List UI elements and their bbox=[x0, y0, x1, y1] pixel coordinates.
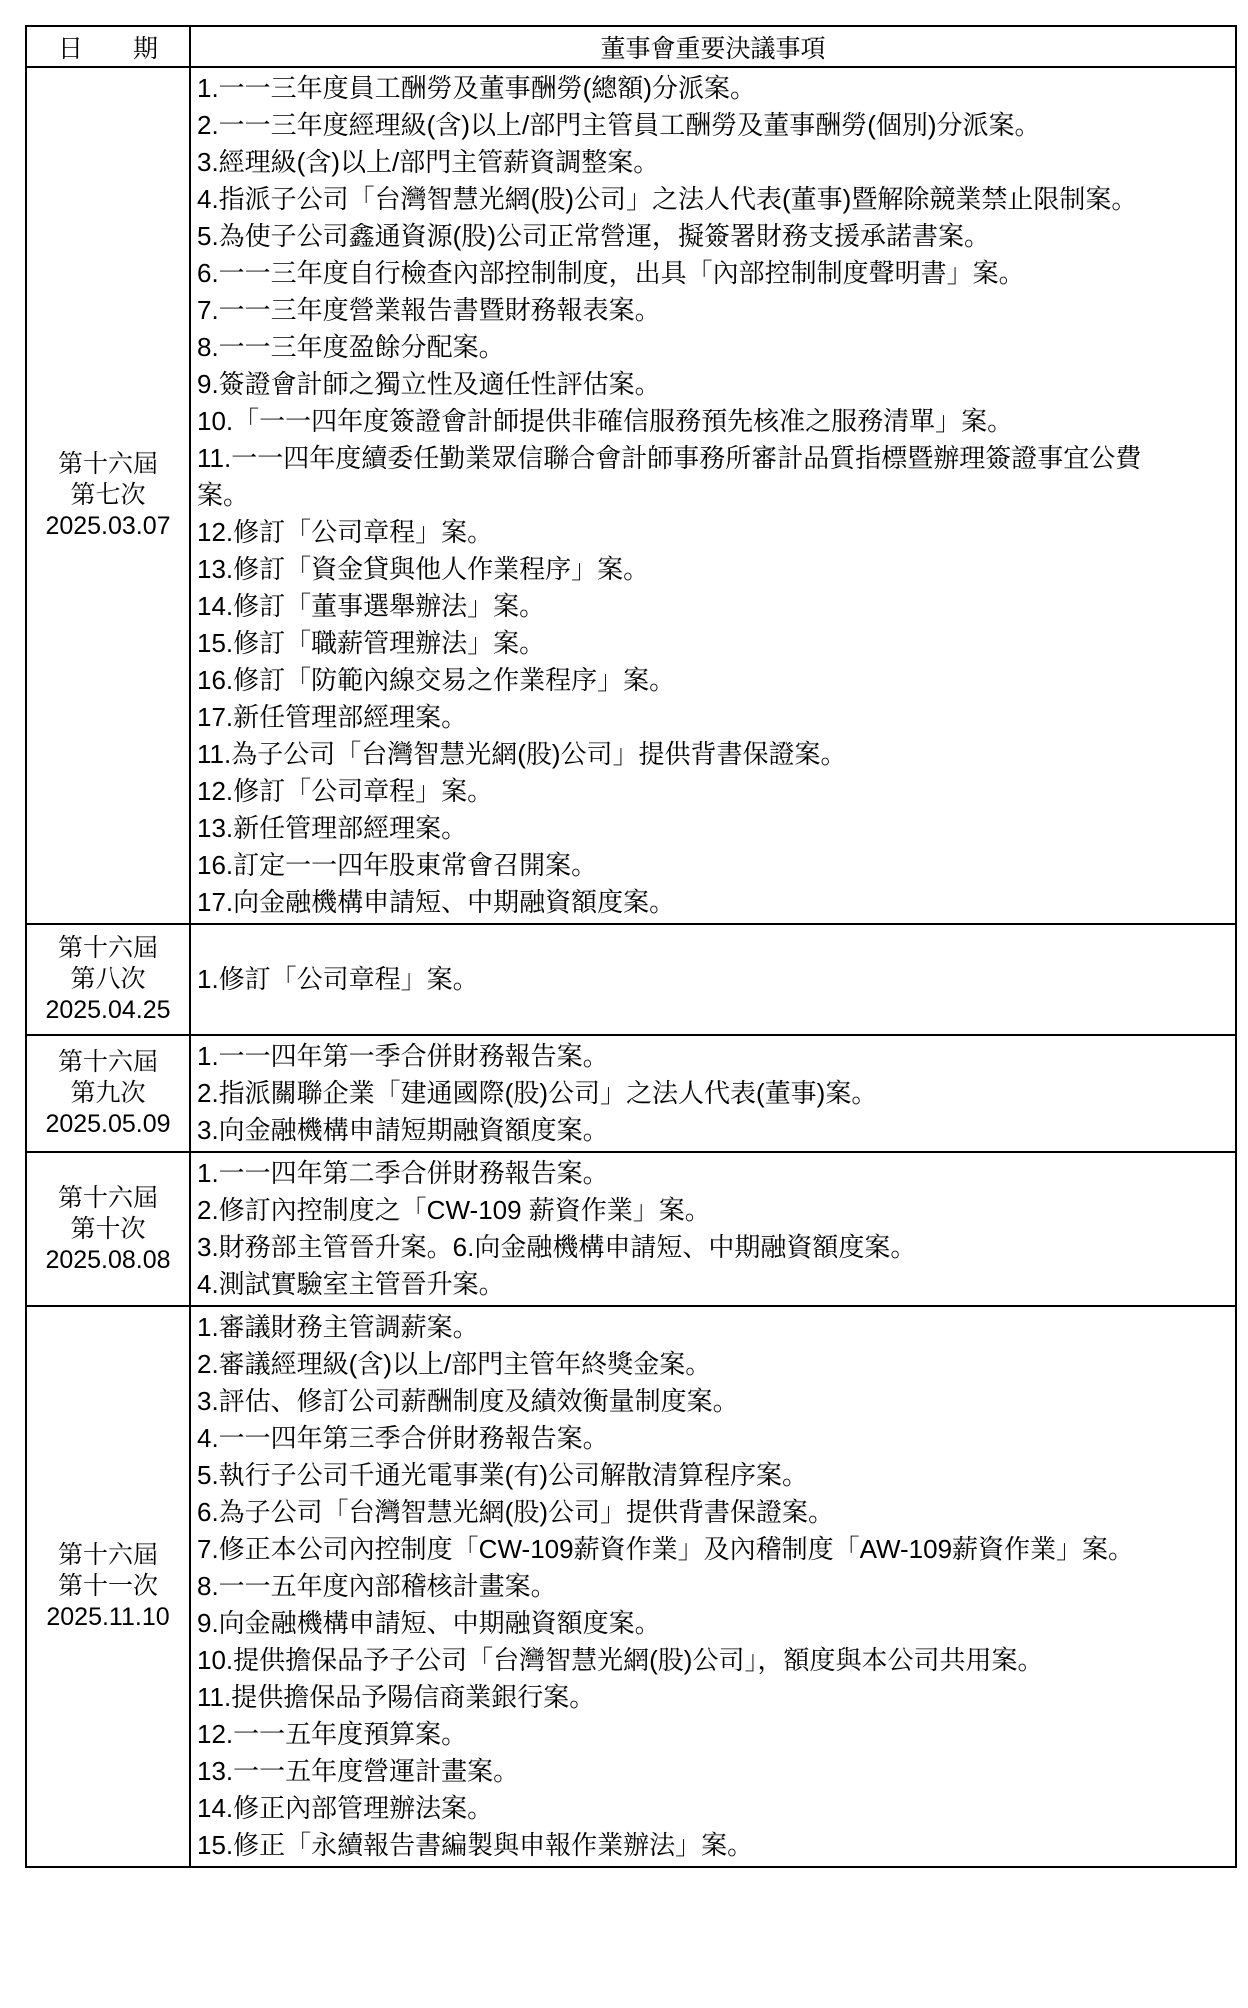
resolution-item: 8.一一三年度盈餘分配案。 bbox=[197, 329, 1183, 366]
resolutions-column-header: 董事會重要決議事項 bbox=[190, 26, 1236, 67]
date-line: 2025.04.25 bbox=[29, 995, 187, 1026]
date-cell: 第十六屆第八次2025.04.25 bbox=[26, 924, 190, 1035]
resolution-item: 4.指派子公司「台灣智慧光網(股)公司」之法人代表(董事)暨解除競業禁止限制案。 bbox=[197, 181, 1183, 218]
date-line: 第九次 bbox=[29, 1078, 187, 1109]
resolution-item: 17.向金融機構申請短、中期融資額度案。 bbox=[197, 884, 1183, 921]
resolution-item: 4.一一四年第三季合併財務報告案。 bbox=[197, 1420, 1183, 1457]
resolution-item: 15.修正「永續報告書編製與申報作業辦法」案。 bbox=[197, 1827, 1183, 1864]
board-resolutions-table: 日 期 董事會重要決議事項 第十六屆第七次2025.03.071.一一三年度員工… bbox=[25, 25, 1237, 1868]
resolution-item: 3.評估、修訂公司薪酬制度及績效衡量制度案。 bbox=[197, 1383, 1183, 1420]
date-line: 第十一次 bbox=[29, 1571, 187, 1602]
table-row: 第十六屆第八次2025.04.251.修訂「公司章程」案。 bbox=[26, 924, 1236, 1035]
resolution-item: 9.簽證會計師之獨立性及適任性評估案。 bbox=[197, 366, 1183, 403]
date-cell: 第十六屆第七次2025.03.07 bbox=[26, 67, 190, 924]
resolutions-cell: 1.一一四年第一季合併財務報告案。2.指派關聯企業「建通國際(股)公司」之法人代… bbox=[190, 1035, 1236, 1152]
resolution-item: 14.修訂「董事選舉辦法」案。 bbox=[197, 588, 1183, 625]
resolution-item: 4.測試實驗室主管晉升案。 bbox=[197, 1266, 1183, 1303]
resolution-item: 3.向金融機構申請短期融資額度案。 bbox=[197, 1112, 1183, 1149]
resolution-item: 12.一一五年度預算案。 bbox=[197, 1716, 1183, 1753]
resolution-item: 2.指派關聯企業「建通國際(股)公司」之法人代表(董事)案。 bbox=[197, 1075, 1183, 1112]
table-row: 第十六屆第十一次2025.11.101.審議財務主管調薪案。2.審議經理級(含)… bbox=[26, 1306, 1236, 1867]
date-line: 第十六屆 bbox=[29, 449, 187, 480]
resolution-item: 12.修訂「公司章程」案。 bbox=[197, 773, 1183, 810]
resolution-item: 3.經理級(含)以上/部門主管薪資調整案。 bbox=[197, 144, 1183, 181]
date-line: 第八次 bbox=[29, 964, 187, 995]
table-row: 第十六屆第七次2025.03.071.一一三年度員工酬勞及董事酬勞(總額)分派案… bbox=[26, 67, 1236, 924]
resolution-item: 13.一一五年度營運計畫案。 bbox=[197, 1753, 1183, 1790]
resolution-item: 7.一一三年度營業報告書暨財務報表案。 bbox=[197, 292, 1183, 329]
resolution-item: 3.財務部主管晉升案。6.向金融機構申請短、中期融資額度案。 bbox=[197, 1229, 1183, 1266]
header-row: 日 期 董事會重要決議事項 bbox=[26, 26, 1236, 67]
resolution-item: 1.修訂「公司章程」案。 bbox=[197, 961, 1183, 998]
date-line: 2025.03.07 bbox=[29, 511, 187, 542]
resolution-item: 11.為子公司「台灣智慧光網(股)公司」提供背書保證案。 bbox=[197, 736, 1183, 773]
resolutions-cell: 1.審議財務主管調薪案。2.審議經理級(含)以上/部門主管年終獎金案。3.評估、… bbox=[190, 1306, 1236, 1867]
table-body: 第十六屆第七次2025.03.071.一一三年度員工酬勞及董事酬勞(總額)分派案… bbox=[26, 67, 1236, 1867]
date-cell: 第十六屆第十一次2025.11.10 bbox=[26, 1306, 190, 1867]
resolutions-cell: 1.一一四年第二季合併財務報告案。2.修訂內控制度之「CW-109 薪資作業」案… bbox=[190, 1152, 1236, 1306]
resolution-item: 6.一一三年度自行檢查內部控制制度，出具「內部控制制度聲明書」案。 bbox=[197, 255, 1183, 292]
resolution-item: 8.一一五年度內部稽核計畫案。 bbox=[197, 1568, 1183, 1605]
date-line: 第十六屆 bbox=[29, 1183, 187, 1214]
resolutions-cell: 1.修訂「公司章程」案。 bbox=[190, 924, 1236, 1035]
resolution-item: 1.一一四年第一季合併財務報告案。 bbox=[197, 1038, 1183, 1075]
resolution-item: 5.為使子公司鑫通資源(股)公司正常營運，擬簽署財務支援承諾書案。 bbox=[197, 218, 1183, 255]
resolution-item: 13.新任管理部經理案。 bbox=[197, 810, 1183, 847]
date-line: 2025.08.08 bbox=[29, 1245, 187, 1276]
resolution-item: 13.修訂「資金貸與他人作業程序」案。 bbox=[197, 551, 1183, 588]
resolution-item: 9.向金融機構申請短、中期融資額度案。 bbox=[197, 1605, 1183, 1642]
resolution-item: 11.一一四年度續委任勤業眾信聯合會計師事務所審計品質指標暨辦理簽證事宜公費案。 bbox=[197, 440, 1183, 514]
table-row: 第十六屆第十次2025.08.081.一一四年第二季合併財務報告案。2.修訂內控… bbox=[26, 1152, 1236, 1306]
date-line: 第十六屆 bbox=[29, 1540, 187, 1571]
resolution-item: 2.審議經理級(含)以上/部門主管年終獎金案。 bbox=[197, 1346, 1183, 1383]
resolution-item: 1.一一三年度員工酬勞及董事酬勞(總額)分派案。 bbox=[197, 70, 1183, 107]
date-line: 第七次 bbox=[29, 480, 187, 511]
date-column-header: 日 期 bbox=[26, 26, 190, 67]
resolution-item: 11.提供擔保品予陽信商業銀行案。 bbox=[197, 1679, 1183, 1716]
resolution-item: 16.修訂「防範內線交易之作業程序」案。 bbox=[197, 662, 1183, 699]
resolution-item: 10.提供擔保品予子公司「台灣智慧光網(股)公司」，額度與本公司共用案。 bbox=[197, 1642, 1183, 1679]
resolution-item: 1.一一四年第二季合併財務報告案。 bbox=[197, 1155, 1183, 1192]
date-cell: 第十六屆第九次2025.05.09 bbox=[26, 1035, 190, 1152]
resolution-item: 14.修正內部管理辦法案。 bbox=[197, 1790, 1183, 1827]
resolution-item: 1.審議財務主管調薪案。 bbox=[197, 1309, 1183, 1346]
date-line: 2025.05.09 bbox=[29, 1109, 187, 1140]
date-cell: 第十六屆第十次2025.08.08 bbox=[26, 1152, 190, 1306]
resolution-item: 2.一一三年度經理級(含)以上/部門主管員工酬勞及董事酬勞(個別)分派案。 bbox=[197, 107, 1183, 144]
resolution-item: 2.修訂內控制度之「CW-109 薪資作業」案。 bbox=[197, 1192, 1183, 1229]
date-line: 第十六屆 bbox=[29, 1047, 187, 1078]
resolution-item: 7.修正本公司內控制度「CW-109薪資作業」及內稽制度「AW-109薪資作業」… bbox=[197, 1531, 1183, 1568]
table-row: 第十六屆第九次2025.05.091.一一四年第一季合併財務報告案。2.指派關聯… bbox=[26, 1035, 1236, 1152]
resolution-item: 15.修訂「職薪管理辦法」案。 bbox=[197, 625, 1183, 662]
resolution-item: 5.執行子公司千通光電事業(有)公司解散清算程序案。 bbox=[197, 1457, 1183, 1494]
date-line: 第十六屆 bbox=[29, 933, 187, 964]
resolution-item: 16.訂定一一四年股東常會召開案。 bbox=[197, 847, 1183, 884]
resolution-item: 17.新任管理部經理案。 bbox=[197, 699, 1183, 736]
date-line: 第十次 bbox=[29, 1214, 187, 1245]
resolution-item: 10.「一一四年度簽證會計師提供非確信服務預先核准之服務清單」案。 bbox=[197, 403, 1183, 440]
date-line: 2025.11.10 bbox=[29, 1602, 187, 1633]
resolution-item: 6.為子公司「台灣智慧光網(股)公司」提供背書保證案。 bbox=[197, 1494, 1183, 1531]
resolutions-cell: 1.一一三年度員工酬勞及董事酬勞(總額)分派案。2.一一三年度經理級(含)以上/… bbox=[190, 67, 1236, 924]
resolution-item: 12.修訂「公司章程」案。 bbox=[197, 514, 1183, 551]
